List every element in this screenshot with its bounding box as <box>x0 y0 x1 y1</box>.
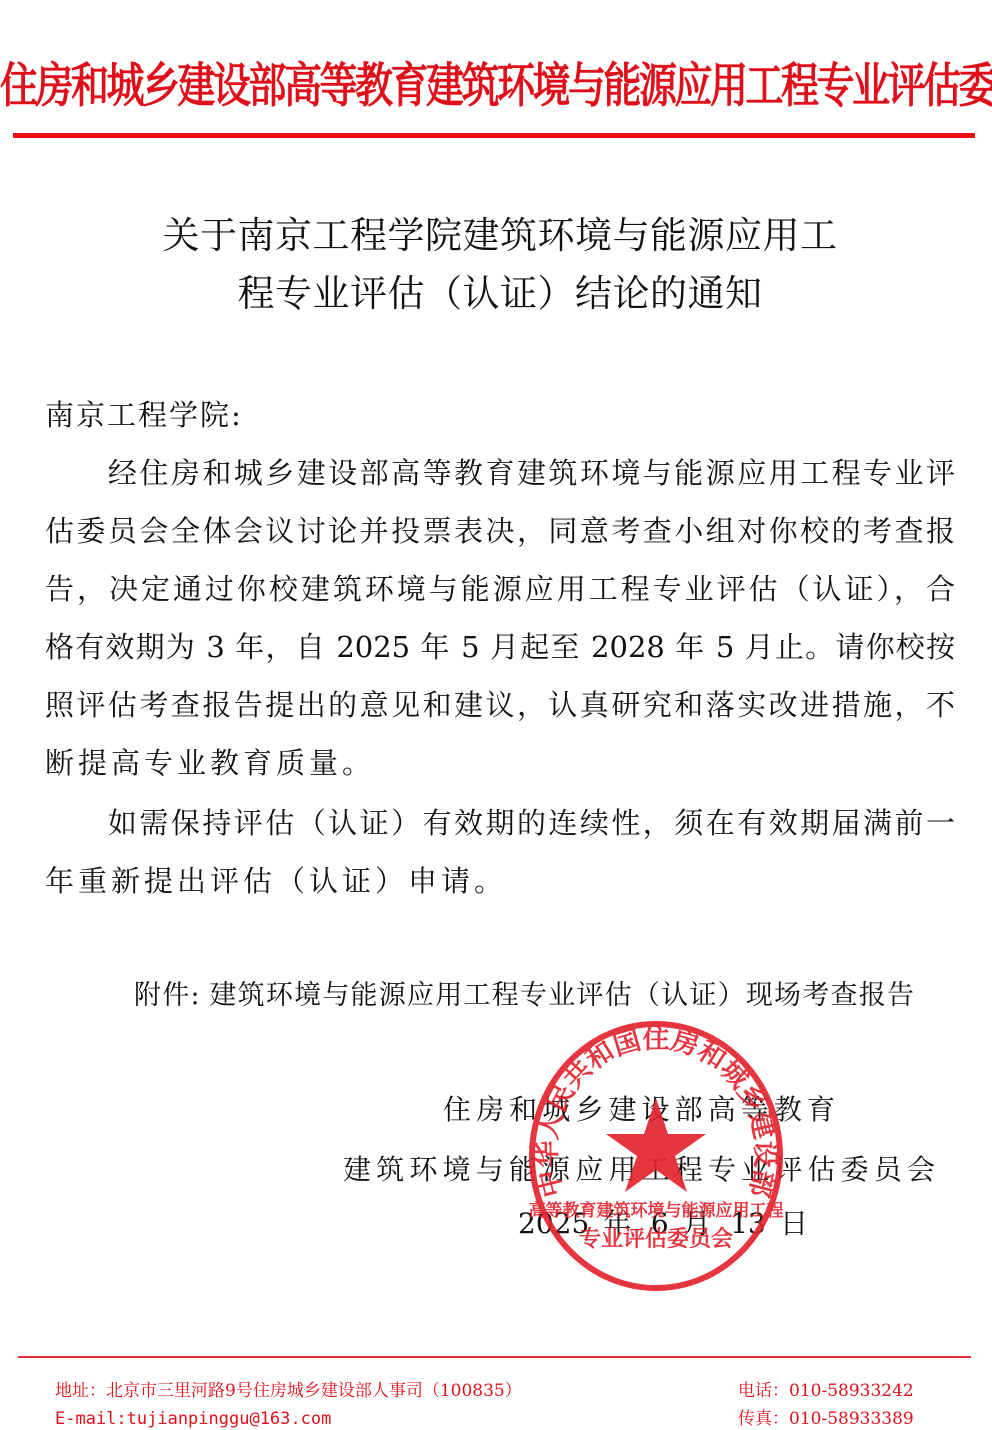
body-line: 告，决定通过你校建筑环境与能源应用工程专业评估（认证），合 <box>45 560 955 618</box>
attachment-note: 附件: 建筑环境与能源应用工程专业评估（认证）现场考查报告 <box>134 976 914 1016</box>
footer-address: 地址：北京市三里河路9号住房城乡建设部人事司（100835） <box>55 1379 522 1403</box>
body-line: 格有效期为 3 年，自 2025 年 5 月起至 2028 年 5 月止。请你校… <box>45 618 955 676</box>
official-seal: 中华人民共和国住房和城乡建设部 高等教育建筑环境与能源应用工程 专业评估委员会 <box>528 1020 784 1292</box>
footer-phone: 电话：010-58933242 <box>738 1379 914 1403</box>
body-line: 照评估考查报告提出的意见和建议，认真研究和落实改进措施，不 <box>45 676 955 734</box>
body-line: 经住房和城乡建设部高等教育建筑环境与能源应用工程专业评 <box>45 444 955 502</box>
body-line: 年重新提出评估（认证）申请。 <box>45 852 955 910</box>
body-line: 估委员会全体会议讨论并投票表决，同意考查小组对你校的考查报 <box>45 502 955 560</box>
letterhead-divider <box>13 133 975 138</box>
footer-fax: 传真：010-58933389 <box>738 1407 914 1430</box>
salutation: 南京工程学院: <box>45 386 243 444</box>
footer-divider <box>18 1356 971 1358</box>
star-icon <box>606 1098 706 1192</box>
letterhead-org-name: 住房和城乡建设部高等教育建筑环境与能源应用工程专业评估委员会 <box>0 42 992 130</box>
body-line: 断提高专业教育质量。 <box>45 734 955 792</box>
document-title-line-2: 程专业评估（认证）结论的通知 <box>60 266 940 322</box>
document-title-line-1: 关于南京工程学院建筑环境与能源应用工 <box>60 208 940 264</box>
seal-center-line-1: 高等教育建筑环境与能源应用工程 <box>529 1200 784 1221</box>
seal-center-line-2: 专业评估委员会 <box>579 1226 733 1252</box>
footer-email: E-mail:tujianpinggu@163.com <box>55 1407 331 1430</box>
body-line: 如需保持评估（认证）有效期的连续性，须在有效期届满前一 <box>45 794 955 852</box>
